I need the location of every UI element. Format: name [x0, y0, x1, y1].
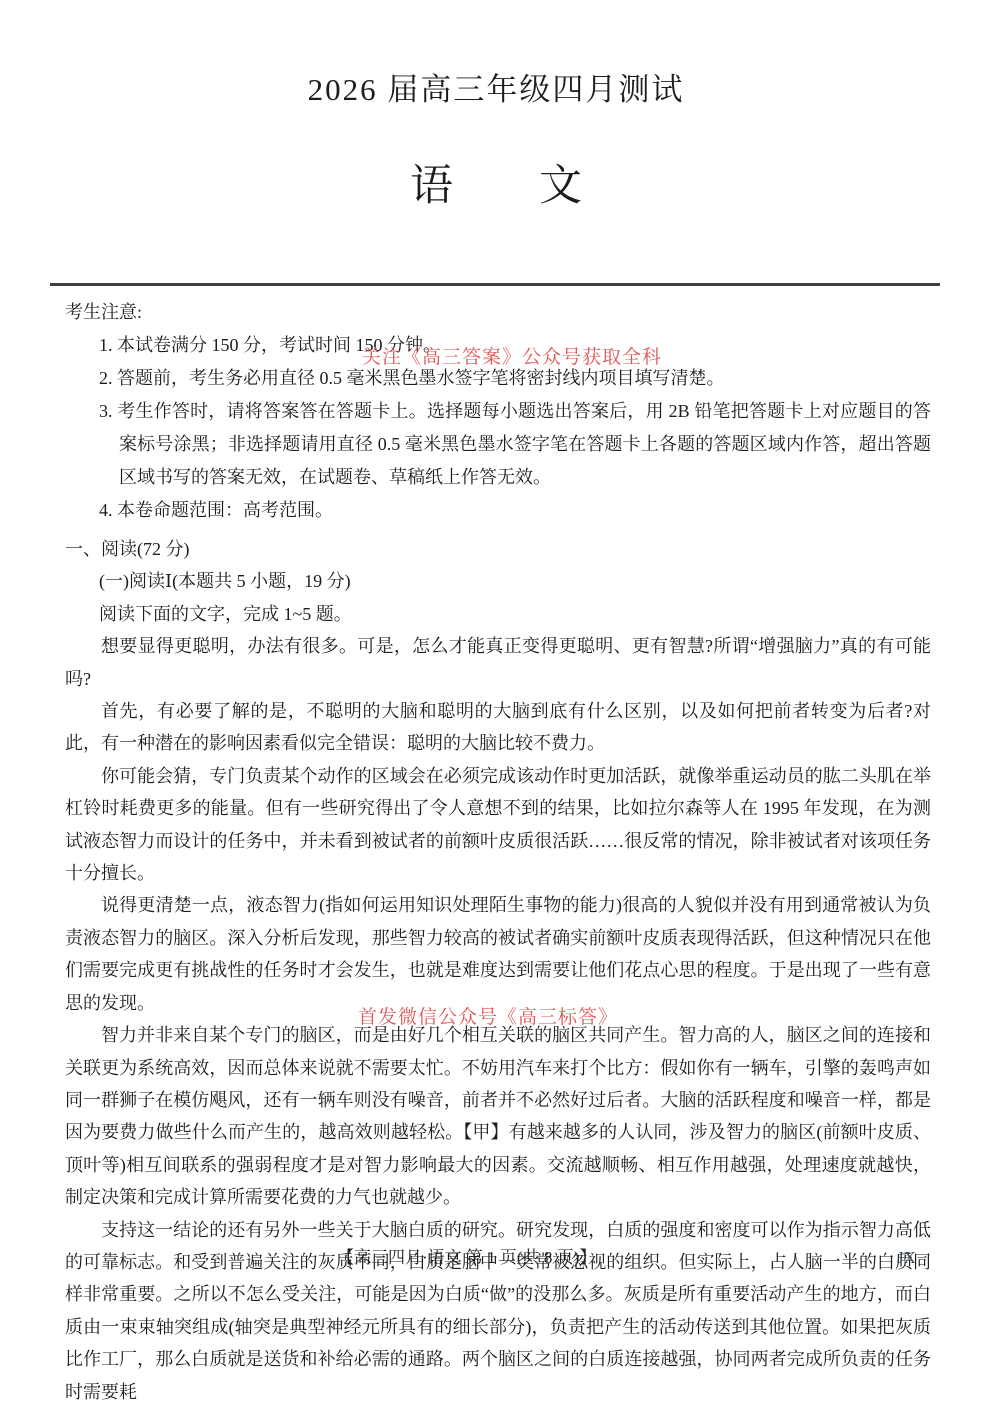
- footer-page-info: 【高三四月·语文 第 1 页(共 8 页)】: [337, 1246, 596, 1270]
- reading-paragraph: 首先，有必要了解的是，不聪明的大脑和聪明的大脑到底有什么区别，以及如何把前者转变…: [65, 695, 931, 760]
- exam-title: 2026 届高三年级四月测试: [0, 64, 992, 109]
- reading-paragraph: 想要显得更聪明，办法有很多。可是，怎么才能真正变得更聪明、更有智慧?所谓“增强脑…: [65, 630, 931, 695]
- footer-code: JX: [897, 1246, 916, 1270]
- notice-item: 4. 本卷命题范围：高考范围。: [99, 494, 931, 527]
- watermark-answers-account: 关注《高三答案》公众号获取全科: [362, 342, 662, 369]
- reading-instruction: 阅读下面的文字，完成 1~5 题。: [99, 598, 931, 630]
- reading-paragraph: 你可能会猜，专门负责某个动作的区域会在必须完成该动作时更加活跃，就像举重运动员的…: [65, 760, 931, 890]
- notice-section: 考生注意: 1. 本试卷满分 150 分，考试时间 150 分钟。 2. 答题前…: [65, 296, 931, 527]
- reading-paragraph: 支持这一结论的还有另外一些关于大脑白质的研究。研究发现，白质的强度和密度可以作为…: [65, 1214, 931, 1403]
- exam-paper-page: 2026 届高三年级四月测试 语 文 考生注意: 1. 本试卷满分 150 分，…: [0, 0, 992, 1403]
- notice-heading: 考生注意:: [65, 296, 931, 329]
- notice-item: 3. 考生作答时，请将答案答在答题卡上。选择题每小题选出答案后，用 2B 铅笔把…: [99, 395, 931, 494]
- section-title: 一、阅读(72 分): [65, 533, 931, 565]
- reading-paragraph: 说得更清楚一点，液态智力(指如何运用知识处理陌生事物的能力)很高的人貌似并没有用…: [65, 889, 931, 1019]
- divider-line: [50, 283, 940, 286]
- watermark-wechat-account: 首发微信公众号《高三标答》: [358, 1002, 618, 1029]
- subsection-title: (一)阅读Ⅰ(本题共 5 小题，19 分): [99, 565, 931, 597]
- reading-section: 一、阅读(72 分) (一)阅读Ⅰ(本题共 5 小题，19 分) 阅读下面的文字…: [65, 533, 931, 1403]
- subject-title: 语 文: [0, 152, 992, 213]
- reading-paragraph: 智力并非来自某个专门的脑区，而是由好几个相互关联的脑区共同产生。智力高的人，脑区…: [65, 1019, 931, 1213]
